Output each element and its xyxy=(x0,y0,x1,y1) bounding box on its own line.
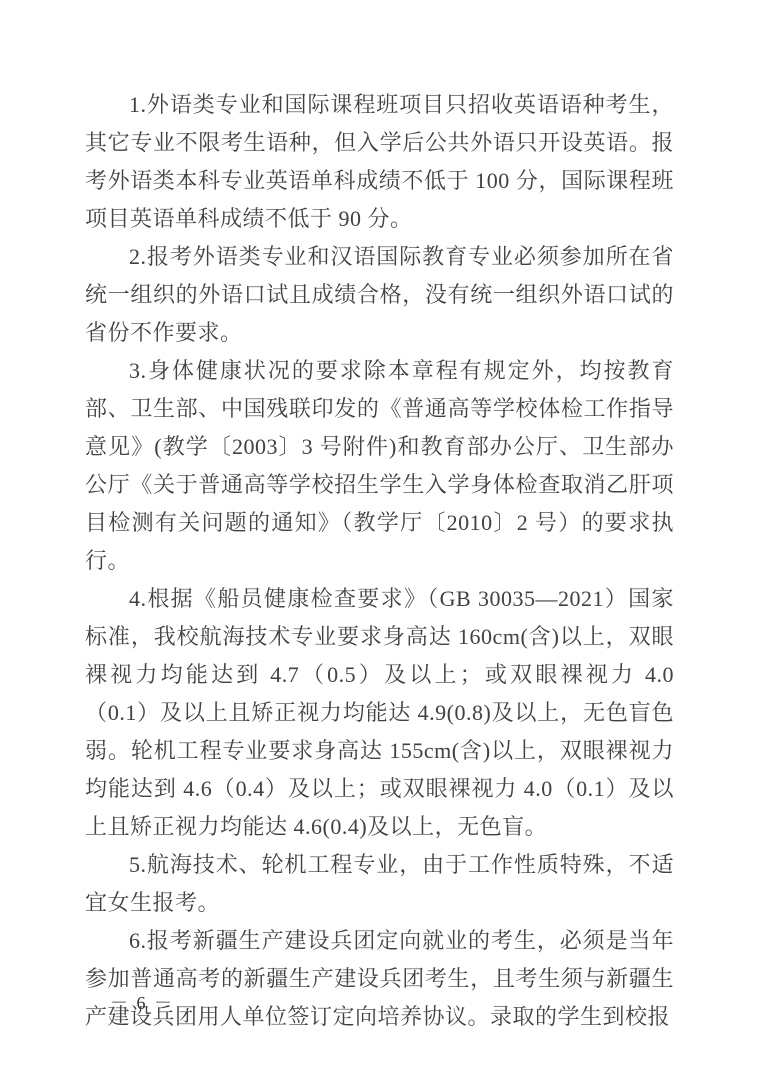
page-number: － 6 － xyxy=(110,992,174,1014)
document-body: 1.外语类专业和国际课程班项目只招收英语语种考生，其它专业不限考生语种，但入学后… xyxy=(85,86,674,1036)
paragraph-3-health-requirements: 3.身体健康状况的要求除本章程有规定外，均按教育部、卫生部、中国残联印发的《普通… xyxy=(85,352,674,580)
paragraph-5-not-suitable-for-female: 5.航海技术、轮机工程专业，由于工作性质特殊，不适宜女生报考。 xyxy=(85,846,674,922)
document-page: 1.外语类专业和国际课程班项目只招收英语语种考生，其它专业不限考生语种，但入学后… xyxy=(0,0,757,1067)
paragraph-1-foreign-language-majors: 1.外语类专业和国际课程班项目只招收英语语种考生，其它专业不限考生语种，但入学后… xyxy=(85,86,674,238)
paragraph-2-oral-exam-requirement: 2.报考外语类专业和汉语国际教育专业必须参加所在省统一组织的外语口试且成绩合格，… xyxy=(85,238,674,352)
paragraph-4-seafarer-health-standards: 4.根据《船员健康检查要求》（GB 30035—2021）国家标准，我校航海技术… xyxy=(85,580,674,846)
paragraph-6-xinjiang-corps-directed-employment: 6.报考新疆生产建设兵团定向就业的考生，必须是当年参加普通高考的新疆生产建设兵团… xyxy=(85,922,674,1036)
